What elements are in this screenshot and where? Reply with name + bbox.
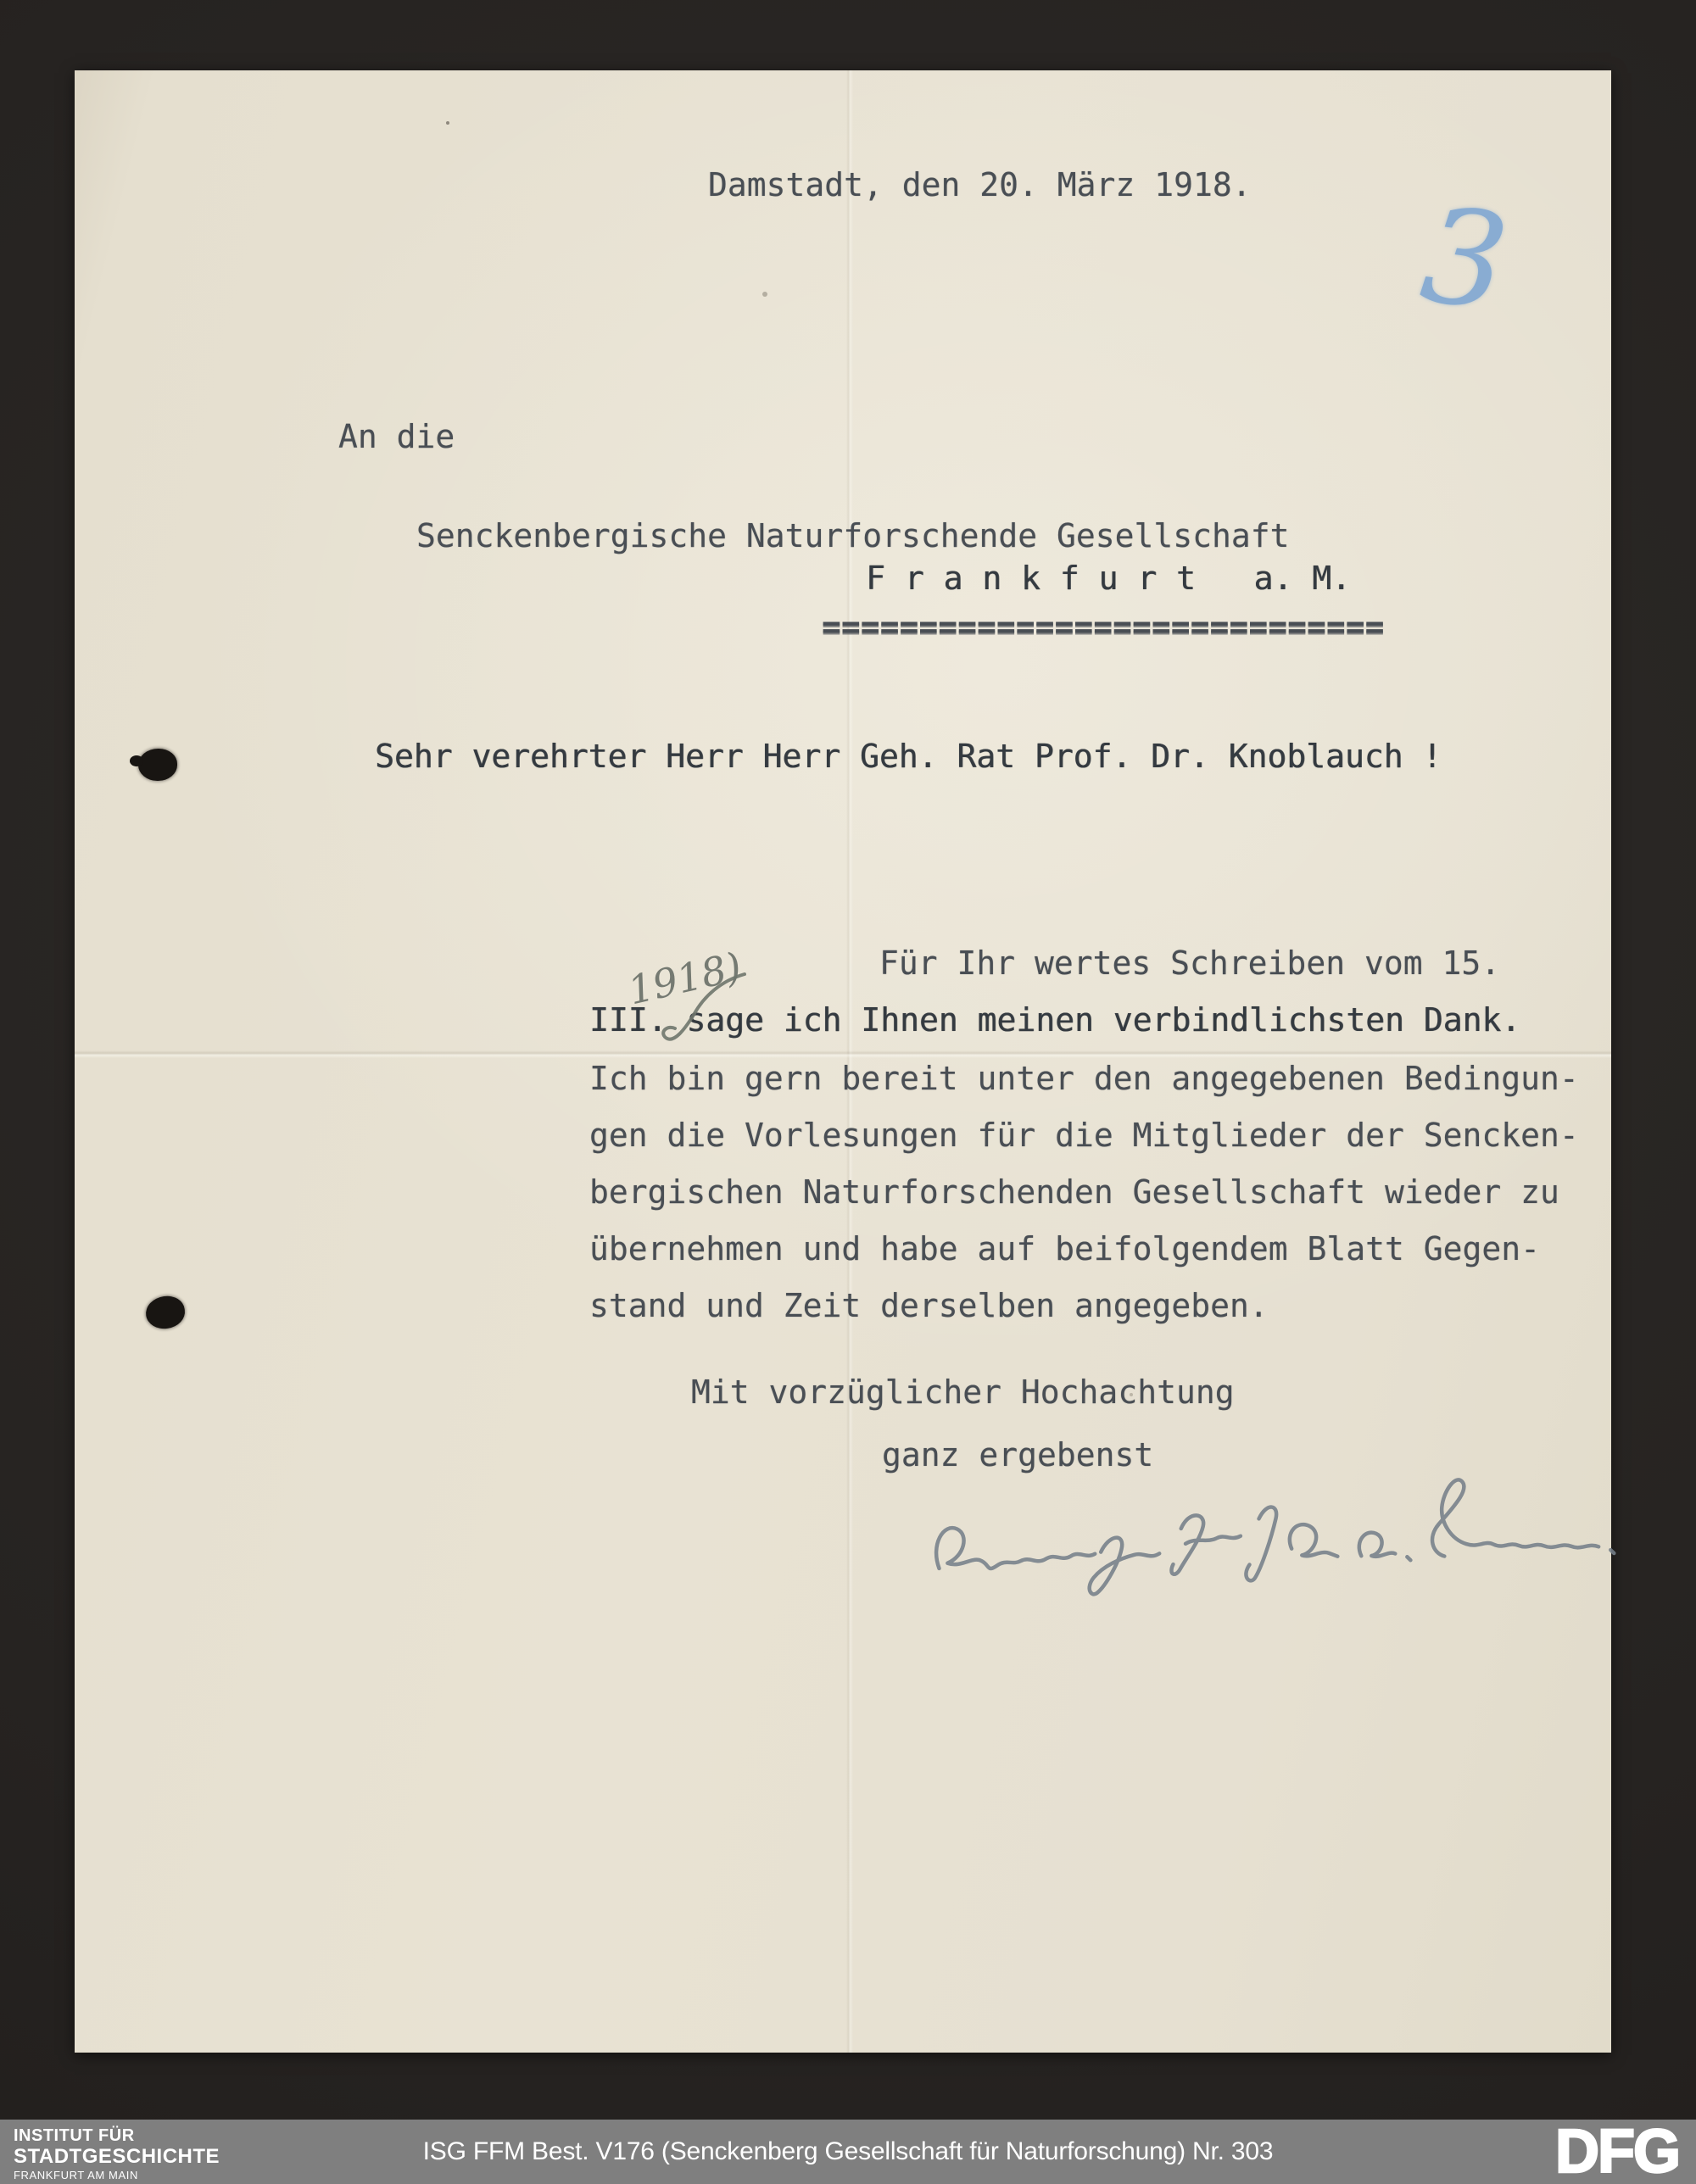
insertion-caret-mark xyxy=(656,969,758,1054)
body-line: stand und Zeit derselben angegeben. xyxy=(589,1289,1269,1323)
fold-crease-horizontal xyxy=(75,1050,1611,1058)
recipient-intro: An die xyxy=(338,420,455,454)
body-line: übernehmen und habe auf beifolgendem Bla… xyxy=(589,1232,1540,1266)
signature-handwriting xyxy=(927,1468,1622,1616)
punch-hole-top xyxy=(138,749,177,781)
salutation-line: Sehr verehrter Herr Herr Geh. Rat Prof. … xyxy=(375,739,1442,773)
archive-caption: ISG FFM Best. V176 (Senckenberg Gesellsc… xyxy=(0,2120,1696,2184)
signoff-line: ganz ergebenst xyxy=(882,1438,1153,1472)
letter-page: Damstadt, den 20. März 1918. 3 An die Se… xyxy=(75,70,1611,2053)
punch-hole-bottom xyxy=(144,1294,187,1331)
closing-line: Mit vorzüglicher Hochachtung xyxy=(691,1375,1235,1409)
dfg-logo: DFG xyxy=(1555,2117,1679,2184)
city-underline: ============================= xyxy=(822,610,1384,643)
body-line: Für Ihr wertes Schreiben vom 15. xyxy=(879,946,1500,980)
scan-viewer: Damstadt, den 20. März 1918. 3 An die Se… xyxy=(0,0,1696,2184)
recipient-name: Senckenbergische Naturforschende Gesells… xyxy=(416,519,1290,553)
body-line: bergischen Naturforschenden Gesellschaft… xyxy=(589,1175,1559,1209)
body-line: Ich bin gern bereit unter den angegebene… xyxy=(589,1061,1579,1095)
folio-number-annotation: 3 xyxy=(1415,189,1515,330)
paper-specks xyxy=(446,121,449,125)
body-line: gen die Vorlesungen für die Mitglieder d… xyxy=(589,1118,1579,1152)
recipient-city: F r a n k f u r t a. M. xyxy=(866,561,1351,595)
archive-footer-bar: INSTITUT FÜR STADTGESCHICHTE FRANKFURT A… xyxy=(0,2120,1696,2184)
date-line: Damstadt, den 20. März 1918. xyxy=(708,168,1252,202)
